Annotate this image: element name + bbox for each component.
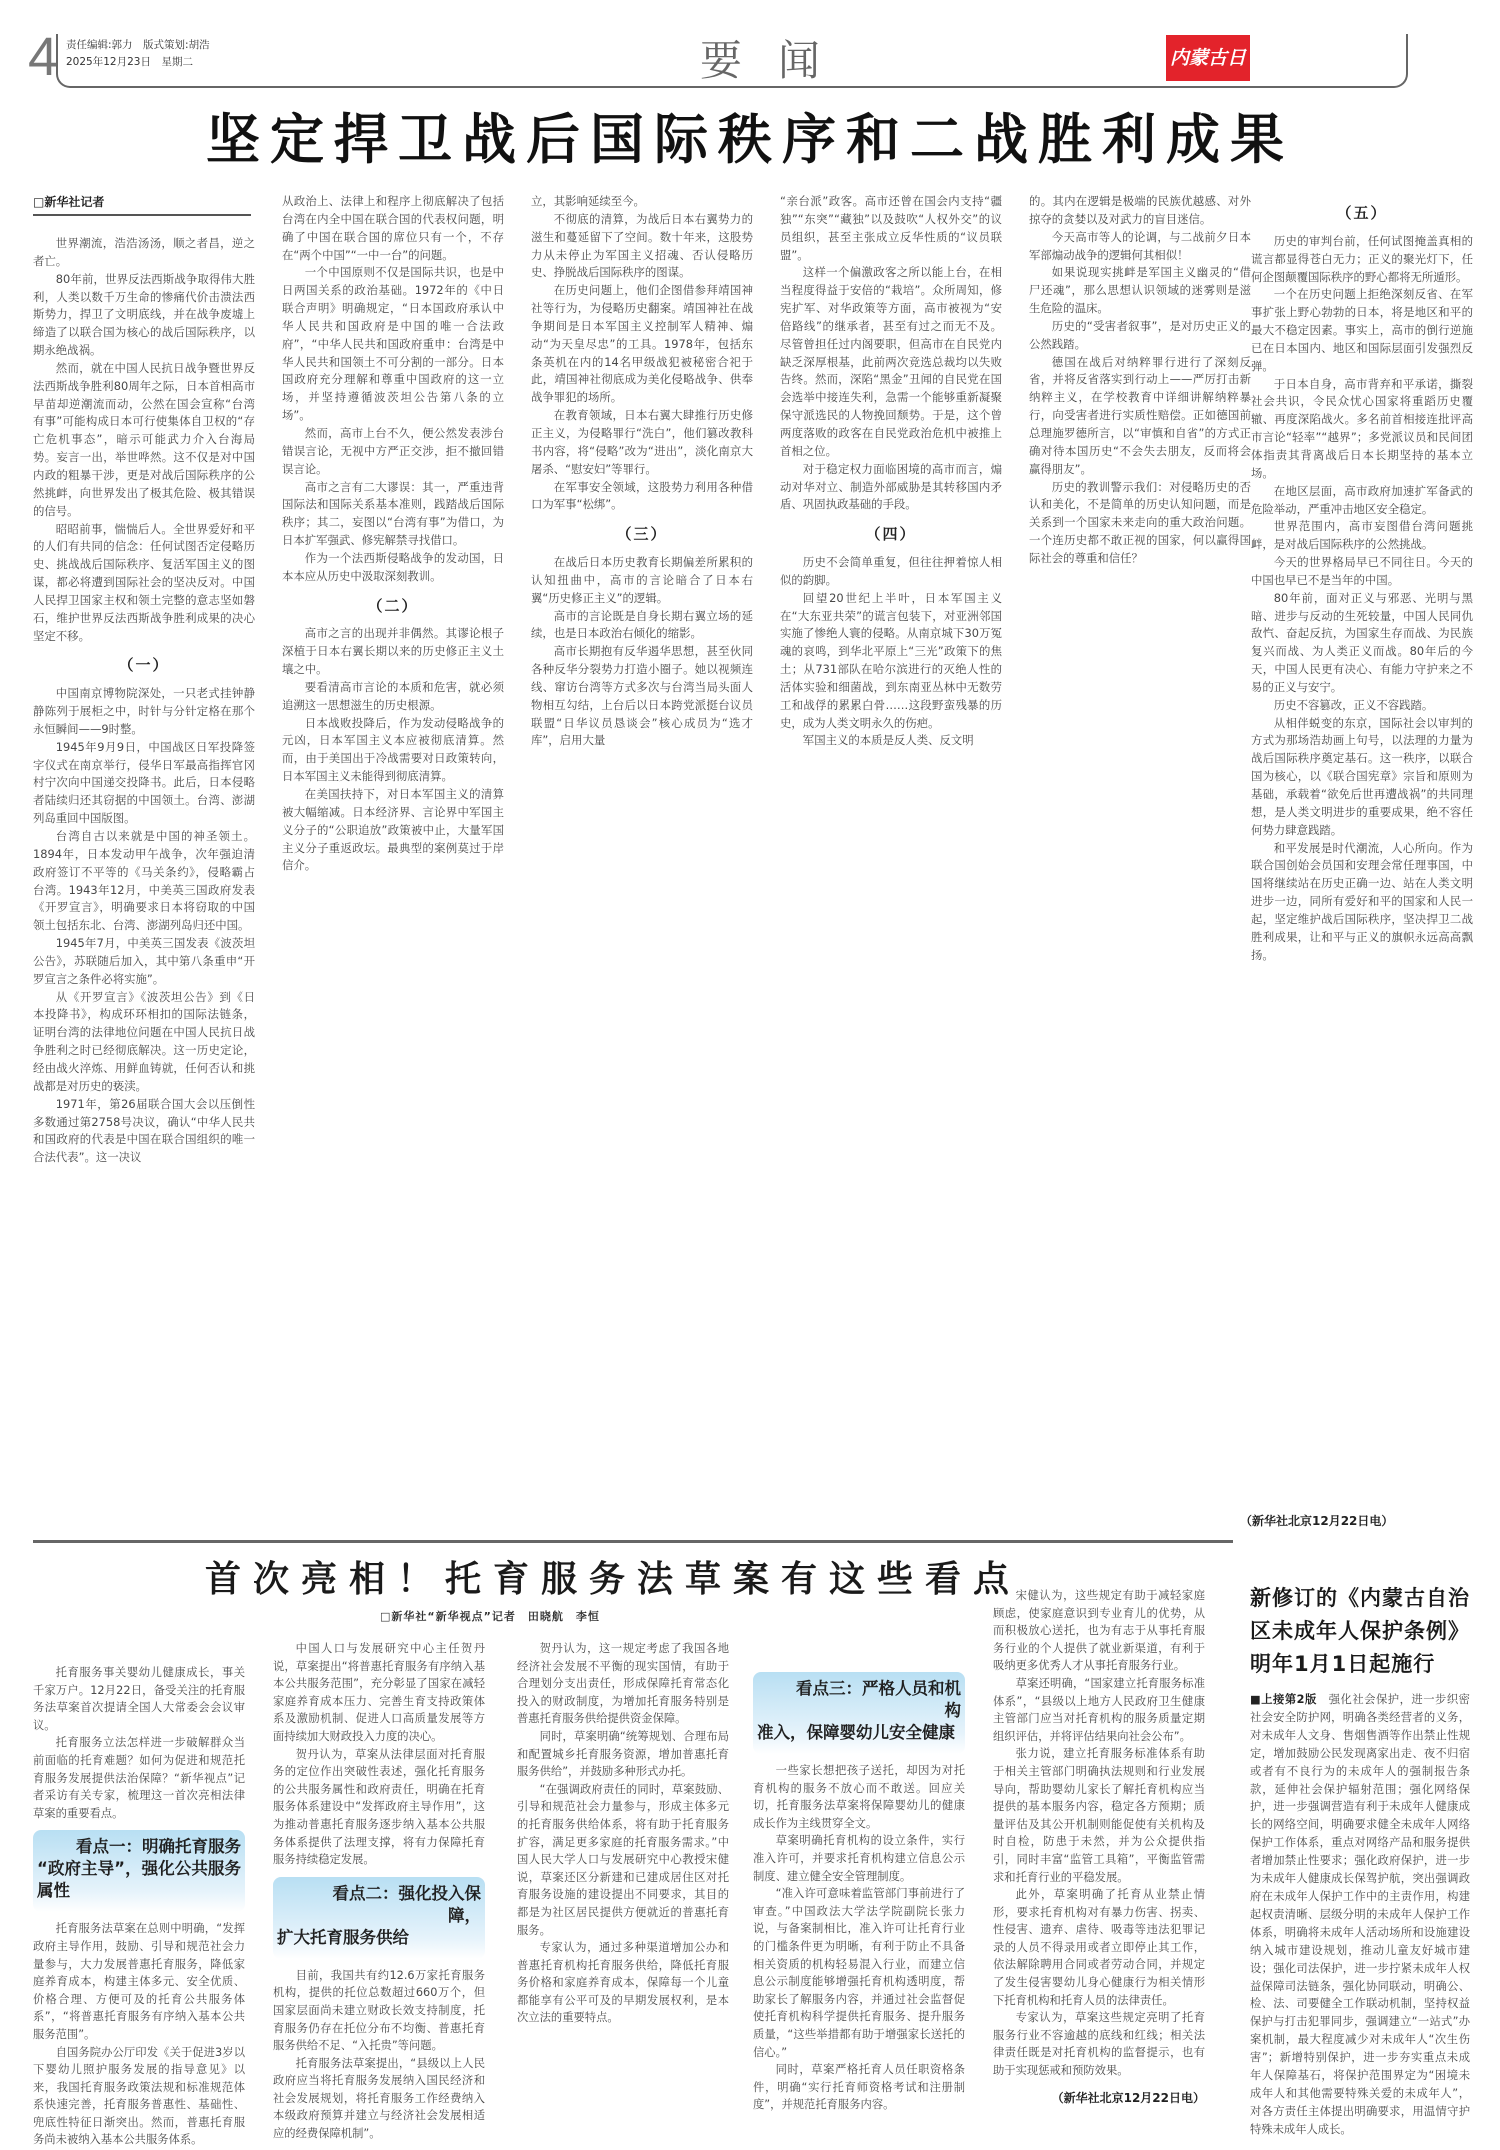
paragraph: 贺丹认为，草案从法律层面对托育服务的定位作出突破性表述，强化托育服务的公共服务属…	[273, 1746, 485, 1869]
sidebar-article: 新修订的《内蒙古自治区未成年人保护条例》明年1月1日起施行 ■上接第2版 强化社…	[1250, 1582, 1470, 2139]
paragraph: “准入许可意味着监管部门事前进行了审查。”中国政法大学法学院副院长张力说，与备案…	[753, 1885, 965, 2061]
childcare-column-1: 托育服务事关婴幼儿健康成长，事关千家万户。12月22日，备受关注的托育服务法草案…	[33, 1664, 245, 2149]
paragraph: 高市的言论既是自身长期右翼立场的延续，也是日本政治右倾化的缩影。	[531, 608, 753, 644]
paragraph: 从《开罗宣言》《波茨坦公告》到《日本投降书》，构成环环相扣的国际法链条，证明台湾…	[33, 989, 255, 1096]
paragraph: 1971年，第26届联合国大会以压倒性多数通过第2758号决议，确认“中华人民共…	[33, 1096, 255, 1167]
paragraph: 昭昭前事，惴惴后人。全世界爱好和平的人们有共同的信念：任何试图否定侵略历史、挑战…	[33, 521, 255, 646]
section-heading-1: （一）	[33, 657, 255, 675]
paragraph: “在强调政府责任的同时，草案鼓励、引导和规范社会力量参与，形成主体多元的托育服务…	[517, 1781, 729, 1939]
paragraph: 这样一个偏激政客之所以能上台，在相当程度得益于安倍的“栽培”。众所周知，修宪扩军…	[780, 264, 1002, 460]
article-column-3: 立，其影响延续至今。 不彻底的清算，为战后日本右翼势力的滋生和蔓延留下了空间。数…	[531, 193, 753, 750]
highlight-title-line1: 看点三：严格人员和机构	[757, 1678, 961, 1722]
paragraph: 然而，高市上台不久，便公然发表涉台错误言论，无视中方严正交涉，拒不撤回错误言论。	[282, 425, 504, 479]
paragraph: 自国务院办公厅印发《关于促进3岁以下婴幼儿照护服务发展的指导意见》以来，我国托育…	[33, 2044, 245, 2150]
paragraph: 同时，草案明确“统筹规划、合理布局和配置城乡托育服务资源，增加普惠托育服务供给”…	[517, 1728, 729, 1781]
highlight-box-1: 看点一：明确托育服务 “政府主导”，强化公共服务属性	[33, 1830, 245, 1912]
paragraph: 历史的教训警示我们：对侵略历史的否认和美化，不是简单的历史认知问题，而是关系到一…	[1029, 479, 1251, 568]
paragraph: 历史不会简单重复，但往往押着惊人相似的韵脚。	[780, 554, 1002, 590]
paragraph: 同时，草案严格托育人员任职资格条件，明确“实行托育师资格考试和注册制度”，并规范…	[753, 2061, 965, 2114]
paragraph: “亲台派”政客。高市还曾在国会内支持“疆独”“东突”“藏独”以及鼓吹“人权外交”…	[780, 193, 1002, 264]
paragraph: 今天的世界格局早已不同往日。今天的中国也早已不是当年的中国。	[1251, 554, 1473, 590]
paragraph: 历史不容篡改，正义不容践踏。	[1251, 697, 1473, 715]
paragraph: 军国主义的本质是反人类、反文明	[780, 732, 1002, 750]
highlight-box-3: 看点三：严格人员和机构 准入，保障婴幼儿安全健康	[753, 1672, 965, 1754]
paragraph: 在教育领域，日本右翼大肆推行历史修正主义，为侵略罪行“洗白”，他们篡改教科书内容…	[531, 407, 753, 478]
paragraph: 回望20世纪上半叶，日本军国主义在“大东亚共荣”的谎言包装下，对亚洲邻国实施了惨…	[780, 590, 1002, 733]
paragraph: 高市之言的出现并非偶然。其谬论根子深植于日本右翼长期以来的历史修正主义土壤之中。	[282, 625, 504, 679]
highlight-box-2: 看点二：强化投入保障， 扩大托育服务供给	[273, 1877, 485, 1959]
paragraph: 草案明确托育机构的设立条件，实行准入许可，并要求托育机构建立信息公示制度、建立健…	[753, 1832, 965, 1885]
paragraph: 专家认为，通过多种渠道增加公办和普惠托育机构托育服务供给，降低托育服务价格和家庭…	[517, 1939, 729, 2027]
paragraph: 于日本自身，高市背弃和平承诺，撕裂社会共识，令民众忧心国家将重蹈历史覆辙、再度深…	[1251, 376, 1473, 483]
sidebar-body: ■上接第2版 强化社会保护，进一步织密社会安全防护网，明确各类经营者的义务，对未…	[1250, 1691, 1470, 2139]
paragraph: 张力说，建立托育服务标准体系有助于相关主管部门明确执法规则和行业发展导向，帮助婴…	[993, 1745, 1205, 1886]
paragraph: 历史的审判台前，任何试图掩盖真相的谎言都显得苍白无力；正义的聚光灯下，任何企图颠…	[1251, 233, 1473, 287]
page-number: 4	[28, 30, 58, 84]
highlight-title-line2: 扩大托育服务供给	[277, 1928, 409, 1947]
paragraph: 台湾自古以来就是中国的神圣领土。1894年，日本发动甲午战争，次年强迫清政府签订…	[33, 828, 255, 935]
paragraph: 一个中国原则不仅是国际共识，也是中日两国关系的政治基础。1972年的《中日联合声…	[282, 264, 504, 425]
paragraph: 托育服务法草案提出，“县级以上人民政府应当将托育服务发展纳入国民经济和社会发展规…	[273, 2055, 485, 2143]
highlight-title-line2: “政府主导”，强化公共服务属性	[37, 1859, 241, 1900]
main-byline: □新华社记者	[33, 193, 251, 216]
date-line: 2025年12月23日 星期二	[66, 54, 210, 71]
article-column-1: 世界潮流，浩浩汤汤，顺之者昌，逆之者亡。 80年前，世界反法西斯战争取得伟大胜利…	[33, 235, 255, 1167]
section-heading-2: （二）	[282, 598, 504, 616]
paragraph: 托育服务法草案在总则中明确，“发挥政府主导作用，鼓励、引导和规范社会力量参与，大…	[33, 1920, 245, 2043]
paragraph: 此外，草案明确了托育从业禁止情形，要求托育机构对有暴力伤害、拐卖、性侵害、遗弃、…	[993, 1886, 1205, 2009]
paragraph: 1945年9月9日，中国战区日军投降签字仪式在南京举行，侵华日军最高指挥官冈村宁…	[33, 739, 255, 828]
paragraph: 中国人口与发展研究中心主任贺丹说，草案提出“将普惠托育服务有序纳入基本公共服务范…	[273, 1640, 485, 1746]
paragraph: 在军事安全领域，这股势力利用各种借口为军事“松绑”。	[531, 479, 753, 515]
paragraph: 在战后日本历史教育长期偏差所累积的认知扭曲中，高市的言论暗合了日本右翼“历史修正…	[531, 554, 753, 608]
article-divider	[33, 1540, 1233, 1543]
paragraph: 世界范围内，高市妄图借台湾问题挑衅，是对战后国际秩序的公然挑战。	[1251, 518, 1473, 554]
paragraph: 要看清高市言论的本质和危害，就必须追溯这一思想滋生的历史根源。	[282, 679, 504, 715]
paragraph: 日本战败投降后，作为发动侵略战争的元凶，日本军国主义本应被彻底清算。然而，由于美…	[282, 715, 504, 786]
childcare-column-5: 宋健认为，这些规定有助于减轻家庭顾虑，使家庭意识到专业育儿的优势，从而积极放心送…	[993, 1587, 1205, 2107]
highlight-title-line1: 看点一：明确托育服务	[37, 1836, 241, 1858]
paragraph: 专家认为，草案这些规定亮明了托育服务行业不容逾越的底线和红线；相关法律责任既是对…	[993, 2009, 1205, 2079]
continued-from-label: ■上接第2版	[1250, 1693, 1317, 1706]
section-name: 要闻	[700, 28, 856, 88]
paragraph: 如果说现实挑衅是军国主义幽灵的“借尸还魂”，那么思想认识领域的迷雾则是滋生危险的…	[1029, 264, 1251, 318]
paragraph: 高市之言有二大谬误：其一，严重违背国际法和国际关系基本准则，践踏战后国际秩序；其…	[282, 479, 504, 550]
paragraph: 然而，就在中国人民抗日战争暨世界反法西斯战争胜利80周年之际，日本首相高市早苗却…	[33, 360, 255, 521]
paragraph: 中国南京博物院深处，一只老式挂钟静静陈列于展柜之中，时针与分针定格在那个永恒瞬间…	[33, 685, 255, 739]
main-headline: 坚定捍卫战后国际秩序和二战胜利成果	[0, 105, 1500, 175]
paragraph: 草案还明确，“国家建立托育服务标准体系”，“县级以上地方人民政府卫生健康主管部门…	[993, 1675, 1205, 1745]
childcare-dateline: （新华社北京12月22日电）	[993, 2090, 1205, 2108]
paragraph: 从政治上、法律上和程序上彻底解决了包括台湾在内全中国在联合国的代表权问题，明确了…	[282, 193, 504, 264]
article-column-5: 的。其内在逻辑是极端的民族优越感、对外掠夺的贪婪以及对武力的盲目迷信。 今天高市…	[1029, 193, 1251, 568]
paragraph: 的。其内在逻辑是极端的民族优越感、对外掠夺的贪婪以及对武力的盲目迷信。	[1029, 193, 1251, 229]
highlight-title-line1: 看点二：强化投入保障，	[277, 1883, 481, 1927]
paragraph: 高市长期抱有反华遏华思想，甚至伙同各种反华分裂势力打造小圈子。她以视频连线、窜访…	[531, 643, 753, 750]
article-column-4: “亲台派”政客。高市还曾在国会内支持“疆独”“东突”“藏独”以及鼓吹“人权外交”…	[780, 193, 1002, 750]
paragraph: 不彻底的清算，为战后日本右翼势力的滋生和蔓延留下了空间。数十年来，这股势力从未停…	[531, 211, 753, 282]
paragraph: 作为一个法西斯侵略战争的发动国，日本本应从历史中汲取深刻教训。	[282, 550, 504, 586]
paragraph: 德国在战后对纳粹罪行进行了深刻反省，并将反省落实到行动上——严厉打击新纳粹主义，…	[1029, 354, 1251, 479]
paragraph: 从相伴蜕变的东京，国际社会以审判的方式为那场浩劫画上句号，以法理的力量为战后国际…	[1251, 715, 1473, 840]
paragraph: 世界潮流，浩浩汤汤，顺之者昌，逆之者亡。	[33, 235, 255, 271]
paragraph: 立，其影响延续至今。	[531, 193, 753, 211]
childcare-column-2: 中国人口与发展研究中心主任贺丹说，草案提出“将普惠托育服务有序纳入基本公共服务范…	[273, 1640, 485, 2143]
paragraph: 和平发展是时代潮流，人心所向。作为联合国创始会员国和安理会常任理事国，中国将继续…	[1251, 840, 1473, 965]
article-column-2: 从政治上、法律上和程序上彻底解决了包括台湾在内全中国在联合国的代表权问题，明确了…	[282, 193, 504, 875]
masthead: 4 责任编辑:郭力 版式策划:胡浩 2025年12月23日 星期二 要闻 内蒙古…	[0, 0, 1500, 95]
masthead-meta: 责任编辑:郭力 版式策划:胡浩 2025年12月23日 星期二	[66, 37, 210, 71]
section-heading-4: （四）	[780, 526, 1002, 544]
paragraph: 宋健认为，这些规定有助于减轻家庭顾虑，使家庭意识到专业育儿的优势，从而积极放心送…	[993, 1587, 1205, 1675]
childcare-column-4: 看点三：严格人员和机构 准入，保障婴幼儿安全健康 一些家长想把孩子送托，却因为对…	[753, 1664, 965, 2114]
newspaper-logo: 内蒙古日报	[1166, 35, 1250, 81]
sidebar-text: 强化社会保护，进一步织密社会安全防护网，明确各类经营者的义务，对未成年人文身、售…	[1250, 1693, 1470, 2136]
sidebar-headline: 新修订的《内蒙古自治区未成年人保护条例》明年1月1日起施行	[1250, 1582, 1470, 1681]
editor-line: 责任编辑:郭力 版式策划:胡浩	[66, 37, 210, 54]
paragraph: 对于稳定权力面临困境的高市而言，煽动对华对立、制造外部威胁是其转移国内矛盾、巩固…	[780, 461, 1002, 515]
childcare-column-3: 贺丹认为，这一规定考虑了我国各地经济社会发展不平衡的现实国情，有助于合理划分支出…	[517, 1640, 729, 2027]
paragraph: 80年前，面对正义与邪恶、光明与黑暗、进步与反动的生死较量，中国人民同仇敌忾、奋…	[1251, 590, 1473, 697]
childcare-byline: □新华社“新华视点”记者 田晓航 李恒	[380, 1608, 600, 1624]
article-column-6: （五） 历史的审判台前，任何试图掩盖真相的谎言都显得苍白无力；正义的聚光灯下，任…	[1251, 193, 1473, 964]
section-heading-3: （三）	[531, 526, 753, 544]
paragraph: 托育服务事关婴幼儿健康成长，事关千家万户。12月22日，备受关注的托育服务法草案…	[33, 1664, 245, 1734]
paragraph: 今天高市等人的论调，与二战前夕日本军部煽动战争的逻辑何其相似！	[1029, 229, 1251, 265]
paragraph: 一个在历史问题上拒绝深刻反省、在军事扩张上野心勃勃的日本，将是地区和平的最大不稳…	[1251, 286, 1473, 375]
paragraph: 贺丹认为，这一规定考虑了我国各地经济社会发展不平衡的现实国情，有助于合理划分支出…	[517, 1640, 729, 1728]
paragraph: 80年前，世界反法西斯战争取得伟大胜利，人类以数千万生命的惨痛代价击溃法西斯势力…	[33, 271, 255, 360]
main-article: □新华社记者 世界潮流，浩浩汤汤，顺之者昌，逆之者亡。 80年前，世界反法西斯战…	[33, 193, 1473, 1536]
highlight-title-line2: 准入，保障婴幼儿安全健康	[757, 1723, 955, 1742]
paragraph: 在地区层面，高市政府加速扩军备武的危险举动，严重冲击地区安全稳定。	[1251, 483, 1473, 519]
paragraph: 历史的“受害者叙事”，是对历史正义的公然践踏。	[1029, 318, 1251, 354]
main-dateline: （新华社北京12月22日电）	[1240, 1512, 1393, 1529]
paragraph: 目前，我国共有约12.6万家托育服务机构，提供的托位总数超过660万个，但国家层…	[273, 1967, 485, 2055]
section-heading-5: （五）	[1251, 205, 1473, 223]
paragraph: 一些家长想把孩子送托，却因为对托育机构的服务不放心而不敢送。回应关切，托育服务法…	[753, 1762, 965, 1832]
paragraph: 1945年7月，中美英三国发表《波茨坦公告》，苏联随后加入，其中第八条重申“开罗…	[33, 935, 255, 989]
paragraph: 在美国扶持下，对日本军国主义的清算被大幅缩减。日本经济界、言论界中军国主义分子的…	[282, 786, 504, 875]
paragraph: 托育服务立法怎样进一步破解群众当前面临的托育难题？如何为促进和规范托育服务发展提…	[33, 1734, 245, 1822]
paragraph: 在历史问题上，他们企图借参拜靖国神社等行为，为侵略历史翻案。靖国神社在战争期间是…	[531, 282, 753, 407]
